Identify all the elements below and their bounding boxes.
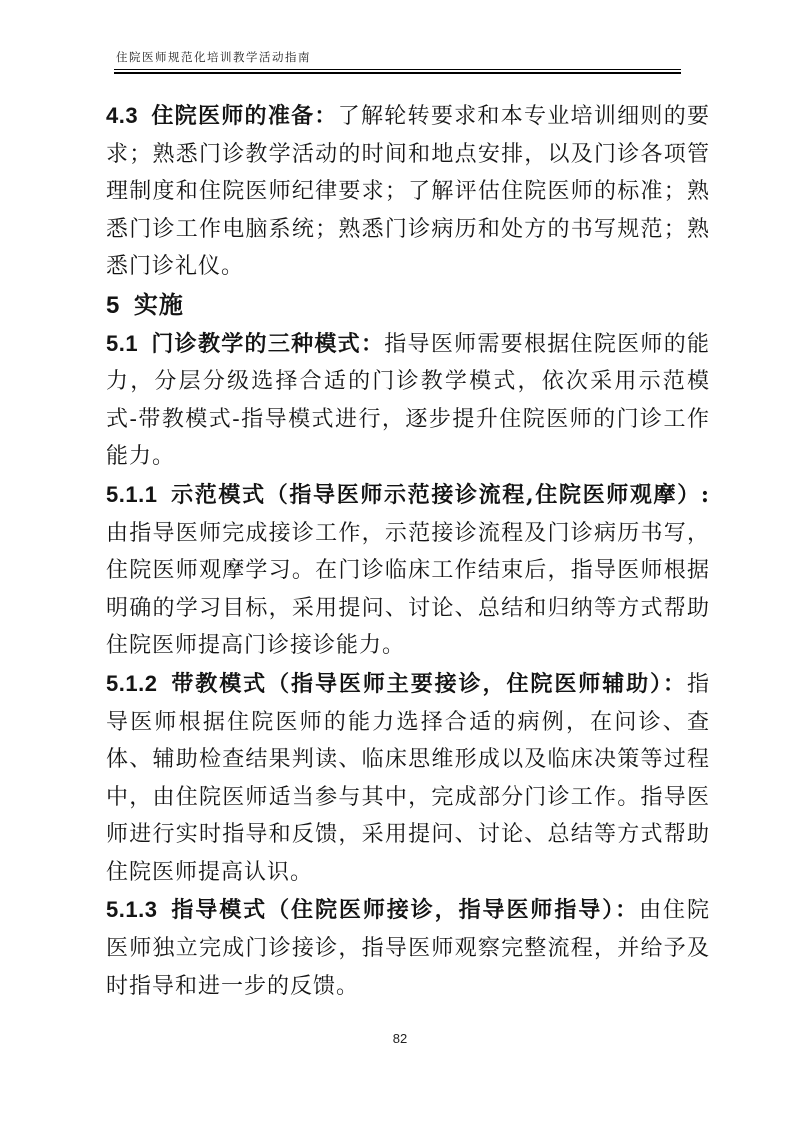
section-title: 指导模式（住院医师接诊，指导医师指导）：	[170, 897, 639, 923]
paragraph-body: 指导医师根据住院医师的能力选择合适的病例，在问诊、查体、辅助检查结果判读、临床思…	[106, 672, 710, 885]
paragraph-5-1: 5.1门诊教学的三种模式：指导医师需要根据住院医师的能力，分层分级选择合适的门诊…	[106, 325, 710, 476]
section-number: 5.1.3	[106, 897, 157, 922]
section-heading-5: 5实施	[106, 286, 710, 325]
paragraph-5-1-3: 5.1.3指导模式（住院医师接诊，指导医师指导）：由住院医师独立完成门诊接诊，指…	[106, 891, 710, 1005]
page-number: 82	[0, 1031, 800, 1046]
section-number: 5.1.1	[106, 482, 157, 507]
section-title: 门诊教学的三种模式：	[151, 331, 384, 357]
paragraph-body: 了解轮转要求和本专业培训细则的要求；熟悉门诊教学活动的时间和地点安排，以及门诊各…	[106, 104, 710, 279]
document-page: 住院医师规范化培训教学活动指南 4.3住院医师的准备：了解轮转要求和本专业培训细…	[0, 0, 800, 1131]
section-number: 5.1.2	[106, 671, 157, 696]
section-number: 5.1	[106, 331, 138, 356]
section-title: 住院医师的准备：	[151, 103, 338, 129]
section-number: 5	[106, 292, 120, 319]
running-header-title: 住院医师规范化培训教学活动指南	[116, 49, 311, 65]
paragraph-5-1-1: 5.1.1示范模式（指导医师示范接诊流程,住院医师观摩）:由指导医师完成接诊工作…	[106, 476, 710, 665]
paragraph-5-1-2: 5.1.2带教模式（指导医师主要接诊，住院医师辅助）：指导医师根据住院医师的能力…	[106, 665, 710, 892]
section-title: 带教模式（指导医师主要接诊，住院医师辅助）：	[170, 671, 687, 697]
header-rule	[114, 69, 681, 74]
paragraph-body: 由指导医师完成接诊工作，示范接诊流程及门诊病历书写，住院医师观摩学习。在门诊临床…	[106, 521, 710, 659]
section-title: 示范模式（指导医师示范接诊流程,住院医师观摩）:	[170, 482, 710, 508]
document-body: 4.3住院医师的准备：了解轮转要求和本专业培训细则的要求；熟悉门诊教学活动的时间…	[106, 97, 710, 1005]
paragraph-4-3: 4.3住院医师的准备：了解轮转要求和本专业培训细则的要求；熟悉门诊教学活动的时间…	[106, 97, 710, 286]
section-number: 4.3	[106, 103, 138, 128]
section-heading-text: 实施	[134, 290, 184, 319]
